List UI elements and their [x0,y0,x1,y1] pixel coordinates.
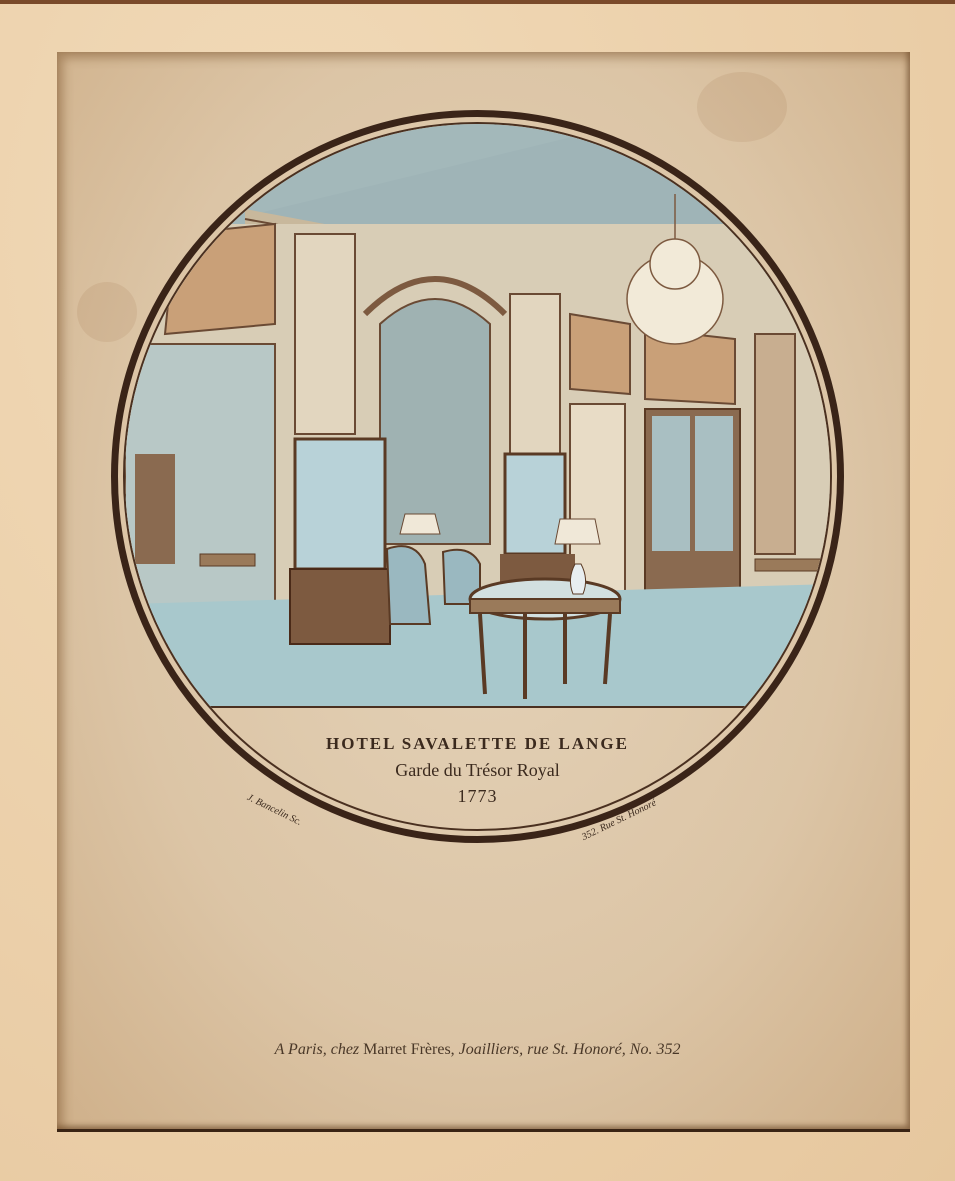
print-year: 1773 [0,786,955,807]
imprint-part2: Marret Frères, [363,1041,455,1058]
print-title: HOTEL SAVALETTE DE LANGE [0,734,955,754]
frame-edge [0,0,955,4]
medallion-illustration [123,122,832,831]
imprint-part3: Joailliers, rue St. Honoré, No. 352 [459,1041,681,1058]
imprint-part1: A Paris, chez [275,1041,360,1058]
salon-interior-illustration [125,124,832,831]
print-subtitle: Garde du Trésor Royal [0,760,955,781]
publisher-imprint: A Paris, chez Marret Frères, Joailliers,… [0,1041,955,1059]
